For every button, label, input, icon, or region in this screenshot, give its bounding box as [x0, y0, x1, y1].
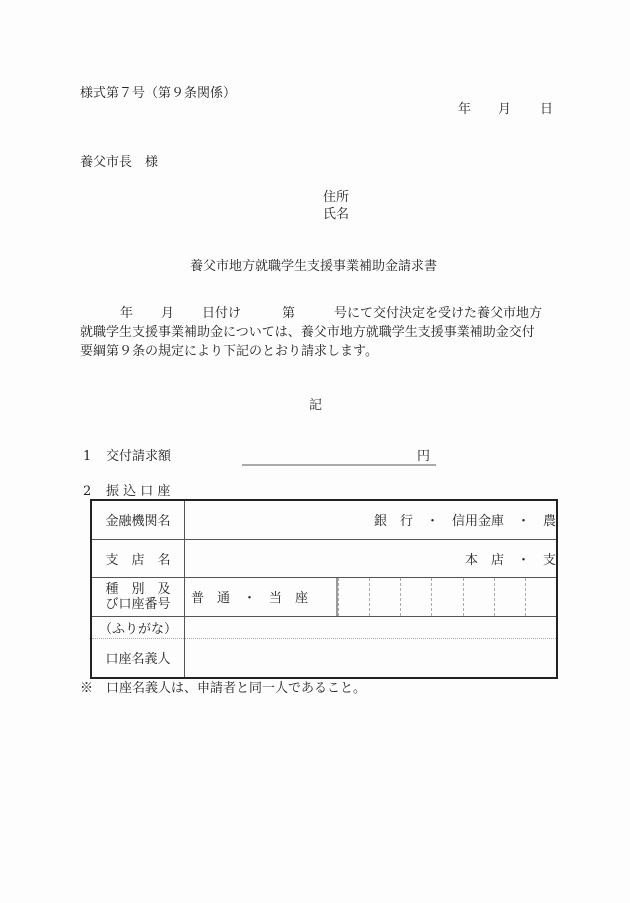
address-label: 住所	[323, 190, 349, 206]
furigana-label: （ふりがな）	[91, 616, 185, 638]
footnote: ※ 口座名義人は、申請者と同一人であること。	[80, 681, 366, 697]
account-digit-4[interactable]	[431, 578, 462, 616]
yen-unit: 円	[417, 449, 430, 465]
account-row: 種 別 及 び口座番号 普 通 ・ 当 座	[91, 577, 557, 616]
bank-name-label: 金融機関名	[91, 500, 185, 539]
body-date-suffix: 日付け	[202, 306, 241, 322]
account-digit-6[interactable]	[494, 578, 525, 616]
account-digit-7[interactable]	[525, 578, 556, 616]
account-type-label-line2: び口座番号	[92, 597, 184, 612]
addressee-honorific: 様	[145, 155, 158, 171]
account-type-label: 種 別 及 び口座番号	[91, 577, 185, 616]
body-line1-rest: 号にて交付決定を受けた養父市地方	[334, 306, 542, 322]
item-2-label: 振 込 口 座	[106, 484, 170, 500]
date-day-label: 日	[540, 102, 553, 118]
account-type-label-line1: 種 別 及	[92, 582, 184, 597]
account-holder-row: 口座名義人	[91, 638, 557, 678]
item-2-number: 2	[83, 484, 91, 500]
ki-heading: 記	[309, 398, 322, 414]
bank-name-field[interactable]: 銀 行 ・ 信用金庫 ・ 農	[185, 500, 558, 539]
body-year: 年	[120, 306, 133, 322]
name-label: 氏名	[323, 207, 349, 223]
branch-field[interactable]: 本 店 ・ 支	[185, 539, 558, 577]
item-1-label: 交付請求額	[106, 449, 171, 465]
addressee-name: 養父市長	[80, 155, 132, 171]
account-digit-1[interactable]	[338, 578, 369, 616]
bank-name-row: 金融機関名 銀 行 ・ 信用金庫 ・ 農	[91, 500, 557, 539]
account-cell: 普 通 ・ 当 座	[185, 577, 558, 616]
bank-account-table: 金融機関名 銀 行 ・ 信用金庫 ・ 農 支 店 名 本 店 ・ 支 種 別 及…	[90, 499, 558, 679]
branch-label: 支 店 名	[91, 539, 185, 577]
account-digit-5[interactable]	[463, 578, 494, 616]
item-1-number: 1	[83, 449, 91, 465]
body-line2: 就職学生支援事業補助金については、養父市地方就職学生支援事業補助金交付	[80, 325, 535, 341]
account-holder-label: 口座名義人	[91, 638, 185, 678]
account-digit-2[interactable]	[369, 578, 400, 616]
account-type-choice[interactable]: 普 通 ・ 当 座	[185, 578, 338, 616]
branch-row: 支 店 名 本 店 ・ 支	[91, 539, 557, 577]
account-holder-field[interactable]	[185, 638, 558, 678]
body-month: 月	[161, 306, 174, 322]
amount-field[interactable]	[242, 448, 436, 466]
account-digit-3[interactable]	[400, 578, 431, 616]
body-line3: 要綱第９条の規定により下記のとおり請求します。	[80, 344, 378, 360]
furigana-field[interactable]	[185, 616, 558, 638]
body-number-prefix: 第	[282, 306, 295, 322]
date-year-label: 年	[458, 102, 471, 118]
form-number: 様式第７号（第９条関係）	[80, 86, 236, 102]
furigana-row: （ふりがな）	[91, 616, 557, 638]
date-month-label: 月	[498, 102, 511, 118]
document-title: 養父市地方就職学生支援事業補助金請求書	[190, 259, 437, 275]
